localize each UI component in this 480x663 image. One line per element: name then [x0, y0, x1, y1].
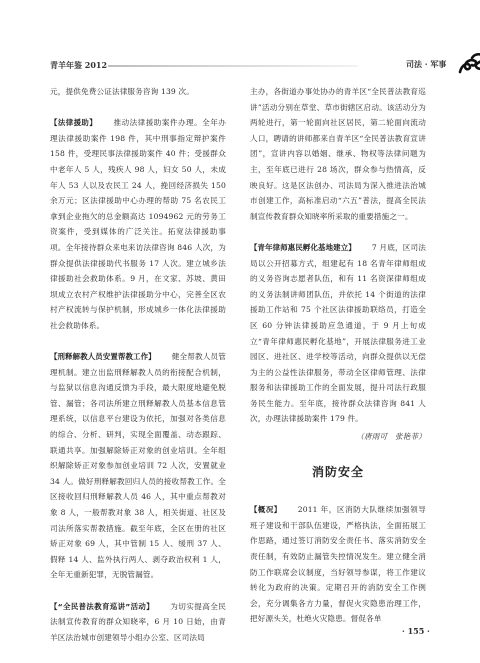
- paragraph-heading: 【法律援助】: [50, 118, 97, 127]
- continuation-text: 主办，各街道办事处协办的青羊区“全民普法教育巡讲”活动分别在草堂、草市街辖区启动…: [250, 84, 426, 224]
- paragraph-overview: 【概况】2011 年，区消防大队继续加强领导班子建设和干部队伍建设，严格执法，全…: [250, 502, 426, 627]
- right-column: 主办，各街道办事处协办的青羊区“全民普法教育巡讲”活动分别在草堂、草市街辖区启动…: [250, 84, 426, 627]
- paragraph-heading: 【青年律师惠民孵化基地建立】: [250, 243, 356, 252]
- paragraph-body: 2011 年，区消防大队继续加强领导班子建设和干部队伍建设，严格执法，全面拓展工…: [250, 505, 426, 623]
- left-column: 元，提供免费公证法律服务咨询 139 次。 【法律援助】推动法律援助案件办理。全…: [50, 84, 226, 661]
- header-divider: [108, 65, 358, 67]
- paragraph-young-lawyers: 【青年律师惠民孵化基地建立】7 月底，区司法局以公开招募方式，组建起有 18 名…: [250, 240, 426, 427]
- paragraph-law-tour: 【“全民普法教育巡讲”活动】为切实提高全民法制宣传教育的群众知晓率，6 月 10…: [50, 599, 226, 646]
- author-credit: （唐雨可 张艳菲）: [250, 429, 426, 445]
- page-number: · 155 ·: [402, 626, 430, 636]
- paragraph-heading: 【概况】: [250, 505, 282, 514]
- paragraph-heading: 【刑释解教人员安置帮教工作】: [50, 352, 156, 361]
- section-title: 消防安全: [250, 465, 426, 481]
- paragraph-body: 健全帮教人员管理机制。建立出监刑释解教人员的衔接配合机制，与监狱以信息沟通反馈为…: [50, 352, 226, 579]
- continuation-text: 元，提供免费公证法律服务咨询 139 次。: [50, 84, 226, 100]
- section-label: 司法 · 军事: [406, 59, 446, 70]
- paragraph-legal-aid: 【法律援助】推动法律援助案件办理。全年办理法律援助案件 198 件，其中刑事指定…: [50, 115, 226, 333]
- paragraph-resettlement: 【刑释解教人员安置帮教工作】健全帮教人员管理机制。建立出监刑释解教人员的衔接配合…: [50, 349, 226, 583]
- paragraph-body: 7 月底，区司法局以公开招募方式，组建起有 18 名青年律师组成的义务咨询志愿者…: [250, 243, 426, 424]
- ink-swirl-logo-icon: [458, 52, 480, 74]
- book-title: 青羊年鉴 2012: [50, 60, 107, 71]
- paragraph-heading: 【“全民普法教育巡讲”活动】: [50, 602, 154, 611]
- page-header: 青羊年鉴 2012 司法 · 军事: [50, 56, 450, 76]
- paragraph-body: 推动法律援助案件办理。全年办理法律援助案件 198 件，其中刑事指定辩护案件 1…: [50, 118, 226, 330]
